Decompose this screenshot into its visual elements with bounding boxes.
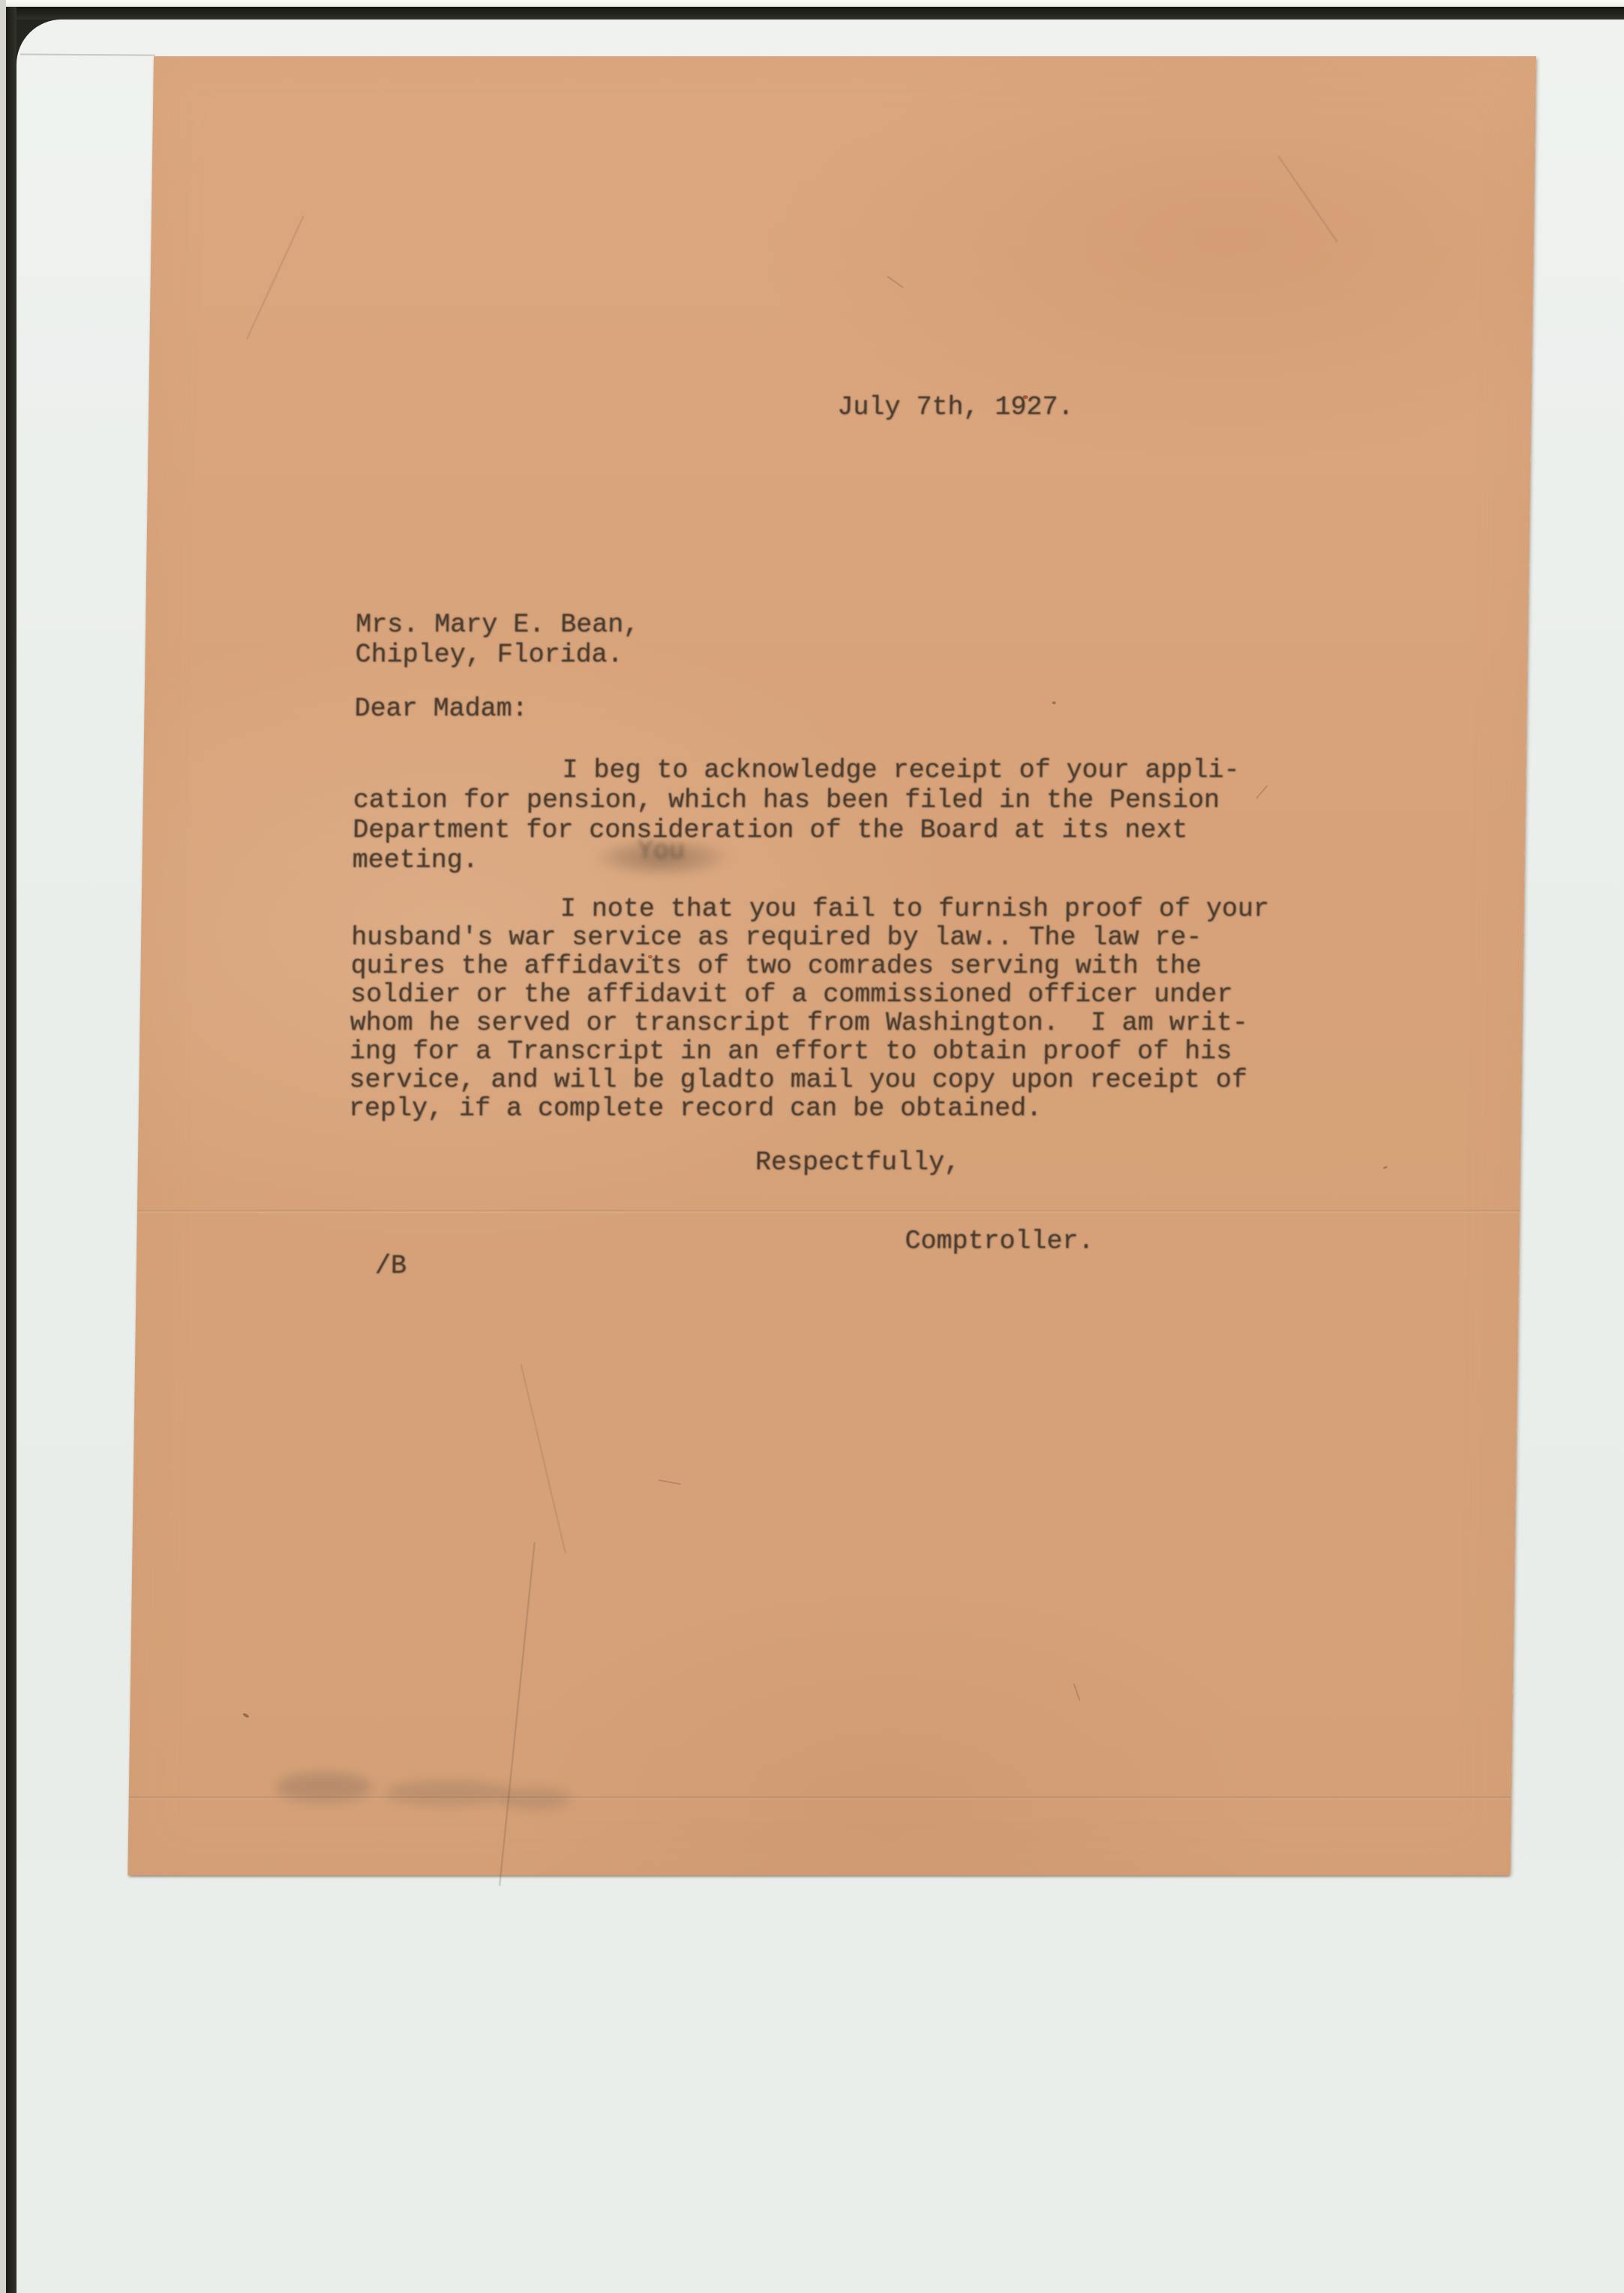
- letter-line: husband's war service as required by law…: [351, 923, 1269, 952]
- typewritten-content: July 7th, 1927. Mrs. Mary E. Bean,Chiple…: [128, 56, 1536, 1875]
- body-paragraph-1: I beg to acknowledge receipt of your app…: [352, 755, 1239, 875]
- letter-line: reply, if a complete record can be obtai…: [349, 1094, 1267, 1123]
- letter-line: Department for consideration of the Boar…: [353, 815, 1239, 845]
- letter-line: meeting.: [352, 845, 1238, 875]
- salutation: Dear Madam:: [354, 694, 528, 724]
- closing-line: Respectfully,: [755, 1148, 961, 1178]
- letter-line: I note that you fail to furnish proof of…: [351, 895, 1269, 923]
- recipient-address: Mrs. Mary E. Bean,Chipley, Florida.: [355, 610, 639, 670]
- album-frame-top: [0, 7, 1624, 20]
- letter-line: service, and will be gladto mail you cop…: [349, 1066, 1267, 1094]
- recipient-line: Chipley, Florida.: [355, 640, 639, 670]
- letter-line: quires the affidavits of two comrades se…: [350, 952, 1268, 980]
- typist-initials: /B: [375, 1251, 407, 1281]
- body-paragraph-2: I note that you fail to furnish proof of…: [349, 895, 1270, 1123]
- letter-line: soldier or the affidavit of a commission…: [350, 980, 1268, 1009]
- erased-word-text: You: [638, 836, 686, 866]
- recipient-line: Mrs. Mary E. Bean,: [356, 610, 640, 640]
- letter-line: cation for pension, which has been filed…: [353, 785, 1240, 815]
- scan-top-edge: [0, 0, 1624, 7]
- letter-line: ing for a Transcript in an effort to obt…: [350, 1037, 1268, 1066]
- letter-line: I beg to acknowledge receipt of your app…: [353, 755, 1240, 785]
- letter-line: whom he served or transcript from Washin…: [350, 1009, 1268, 1037]
- scanned-letter-page: July 7th, 1927. Mrs. Mary E. Bean,Chiple…: [0, 0, 1624, 2293]
- date-line: July 7th, 1927.: [837, 392, 1074, 422]
- letter-paper: July 7th, 1927. Mrs. Mary E. Bean,Chiple…: [128, 56, 1536, 1875]
- signature-title: Comptroller.: [905, 1226, 1094, 1256]
- album-frame-left: [6, 7, 17, 2293]
- scan-left-edge: [0, 0, 6, 2293]
